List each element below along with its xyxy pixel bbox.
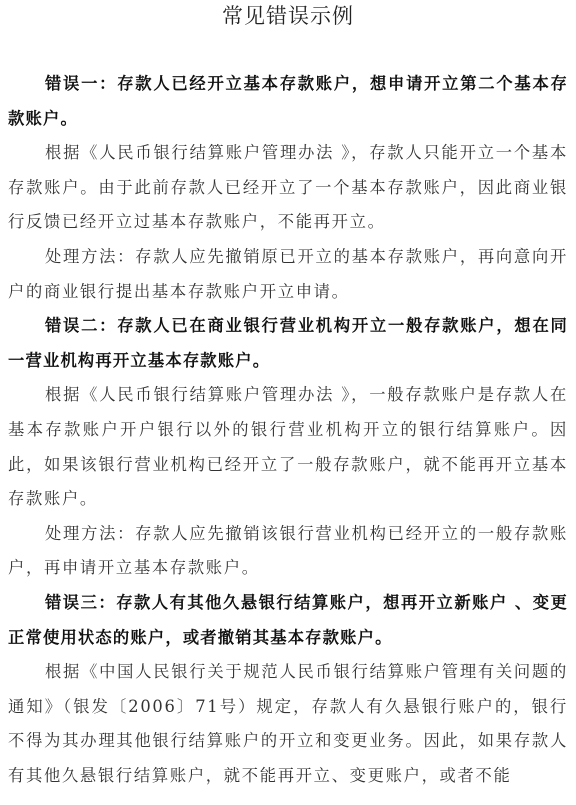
error-two-solution: 处理方法：存款人应先撤销该银行营业机构已经开立的一般存款账户，再申请开立基本存款… — [8, 517, 568, 586]
error-one-explanation: 根据《人民币银行结算账户管理办法 》，存款人只能开立一个基本存款账户。由于此前存… — [8, 136, 568, 240]
error-one-solution: 处理方法：存款人应先撤销原已开立的基本存款账户，再向意向开户的商业银行提出基本存… — [8, 240, 568, 309]
error-two-heading: 错误二：存款人已在商业银行营业机构开立一般存款账户，想在同一营业机构再开立基本存… — [8, 309, 568, 378]
document-title: 常见错误示例 — [0, 2, 576, 30]
error-three-heading: 错误三：存款人有其他久悬银行结算账户，想再开立新账户 、变更正常使用状态的账户，… — [8, 586, 568, 655]
error-one-heading: 错误一：存款人已经开立基本存款账户，想申请开立第二个基本存款账户。 — [8, 67, 568, 136]
error-three-explanation: 根据《中国人民银行关于规范人民币银行结算账户管理有关问题的通知》（银发〔2006… — [8, 655, 568, 793]
error-two-explanation: 根据《人民币银行结算账户管理办法 》，一般存款账户是存款人在基本存款账户开户银行… — [8, 378, 568, 516]
document-body: 错误一：存款人已经开立基本存款账户，想申请开立第二个基本存款账户。 根据《人民币… — [8, 67, 568, 793]
